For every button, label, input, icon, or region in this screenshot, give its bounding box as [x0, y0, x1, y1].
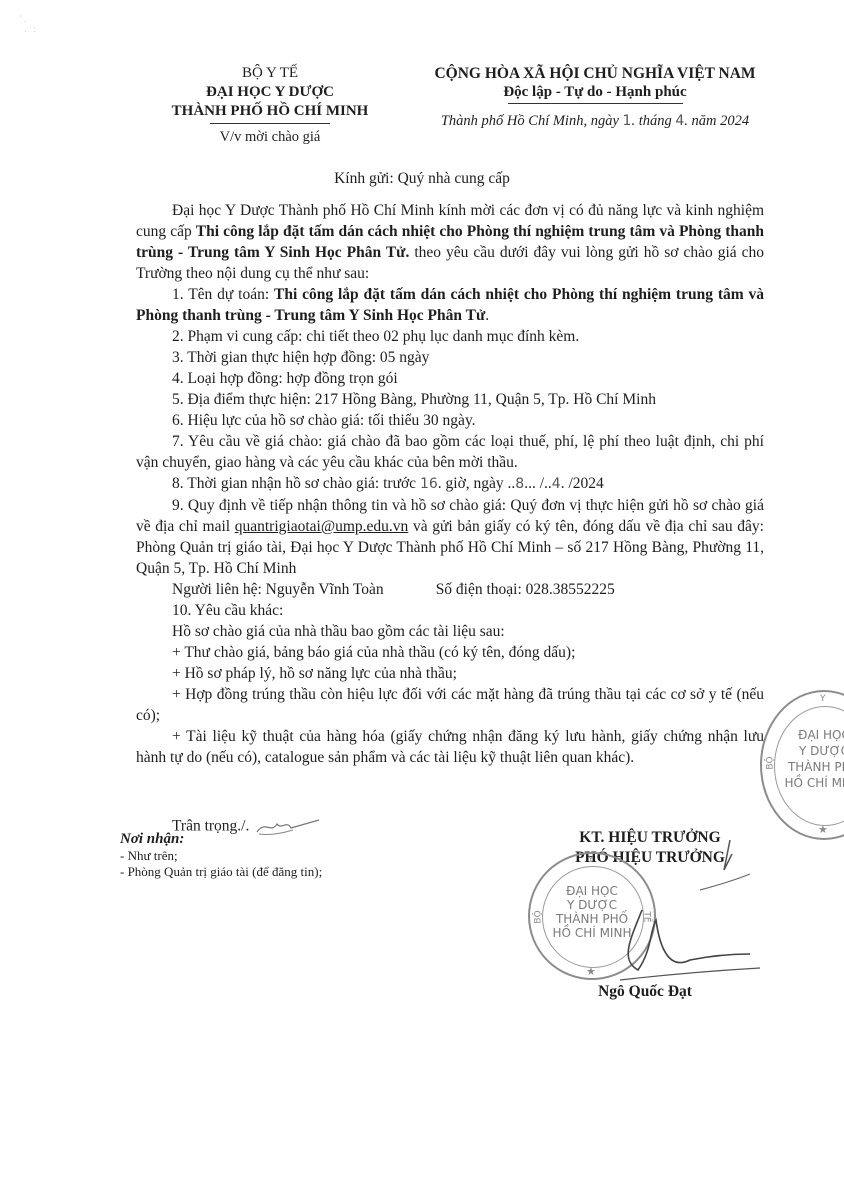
recipients-title: Nơi nhận:	[120, 830, 322, 848]
item-10-b: + Hồ sơ pháp lý, hồ sơ năng lực của nhà …	[136, 663, 764, 684]
contact-person: Người liên hệ: Nguyễn Vĩnh Toàn	[172, 581, 384, 598]
item-6: 6. Hiệu lực của hồ sơ chào giá: tối thiể…	[136, 410, 764, 431]
signature-scribble-icon	[580, 830, 760, 990]
issuer-header: BỘ Y TẾ ĐẠI HỌC Y DƯỢC THÀNH PHỐ HỒ CHÍ …	[145, 64, 395, 147]
item-10-c: + Hợp đồng trúng thầu còn hiệu lực đối v…	[136, 684, 764, 726]
item-10-a: + Thư chào giá, bảng báo giá của nhà thầ…	[136, 642, 764, 663]
margin-stamp-line: ĐẠI HỌC	[762, 728, 844, 742]
contact-email-link[interactable]: quantrigiaotai@ump.edu.vn	[235, 518, 409, 535]
handwritten-deadline-month: 4	[552, 476, 561, 492]
item-4: 4. Loại hợp đồng: hợp đồng trọn gói	[136, 368, 764, 389]
item-2: 2. Phạm vi cung cấp: chi tiết theo 02 ph…	[136, 326, 764, 347]
national-header: CỘNG HÒA XÃ HỘI CHỦ NGHĨA VIỆT NAM Độc l…	[410, 64, 780, 130]
date-prefix: Thành phố Hồ Chí Minh, ngày	[441, 113, 623, 129]
item-10: 10. Yêu cầu khác:	[136, 600, 764, 621]
stamp-left-mark: BỘ	[534, 910, 544, 923]
contact-row: Người liên hệ: Nguyễn Vĩnh ToànSố điện t…	[136, 579, 764, 600]
handwritten-month: 4	[675, 113, 684, 129]
item-5: 5. Địa điểm thực hiện: 217 Hồng Bàng, Ph…	[136, 389, 764, 410]
document-subject: V/v mời chào giá	[145, 128, 395, 147]
item-1: 1. Tên dự toán: Thi công lắp đặt tấm dán…	[136, 284, 764, 326]
university-name-line1: ĐẠI HỌC Y DƯỢC	[145, 83, 395, 102]
item-3: 3. Thời gian thực hiện hợp đồng: 05 ngày	[136, 347, 764, 368]
item-7: 7. Yêu cầu về giá chào: giá chào đã bao …	[136, 431, 764, 473]
national-title: CỘNG HÒA XÃ HỘI CHỦ NGHĨA VIỆT NAM	[410, 64, 780, 83]
document-body: Đại học Y Dược Thành phố Hồ Chí Minh kín…	[136, 200, 764, 768]
margin-stamp-top-mark: Y	[820, 694, 826, 704]
item-8-suffix: . /2024	[561, 475, 604, 492]
star-icon: ★	[818, 823, 828, 836]
item-8: 8. Thời gian nhận hồ sơ chào giá: trước …	[136, 473, 764, 495]
ministry-name: BỘ Y TẾ	[145, 64, 395, 83]
margin-stamp: ĐẠI HỌC Y DƯỢC THÀNH PHỐ HỒ CHÍ MINH BỘ …	[760, 690, 844, 840]
document-date: Thành phố Hồ Chí Minh, ngày 1. tháng 4. …	[410, 113, 780, 130]
recipient-item: - Phòng Quản trị giáo tài (để đăng tin);	[120, 864, 322, 880]
handwritten-deadline-day: 8	[515, 476, 524, 492]
item-8-mid1: . giờ, ngày ..	[438, 475, 516, 492]
salutation: Kính gửi: Quý nhà cung cấp	[0, 170, 844, 188]
item-1-end: .	[485, 307, 489, 324]
handwritten-hour: 16	[420, 476, 438, 492]
date-suffix: . năm 2024	[684, 113, 749, 129]
margin-stamp-line: HỒ CHÍ MINH	[762, 776, 844, 790]
scan-artifact: ' . . :	[20, 14, 80, 44]
motto-underline	[508, 103, 683, 104]
recipient-item: - Như trên;	[120, 848, 322, 864]
university-name-line2: THÀNH PHỐ HỒ CHÍ MINH	[145, 102, 395, 121]
item-10-intro: Hồ sơ chào giá của nhà thầu bao gồm các …	[136, 621, 764, 642]
recipients-block: Nơi nhận: - Như trên; - Phòng Quản trị g…	[120, 830, 322, 880]
item-8-mid2: ... /..	[524, 475, 552, 492]
item-1-label: 1. Tên dự toán:	[172, 286, 274, 303]
contact-phone: Số điện thoại: 028.38552225	[436, 581, 615, 598]
header-divider	[210, 123, 330, 124]
margin-stamp-left-mark: BỘ	[766, 756, 776, 769]
national-motto: Độc lập - Tự do - Hạnh phúc	[410, 83, 780, 102]
signatory-name: Ngô Quốc Đạt	[560, 983, 730, 1001]
intro-paragraph: Đại học Y Dược Thành phố Hồ Chí Minh kín…	[136, 200, 764, 284]
item-9: 9. Quy định về tiếp nhận thông tin và hồ…	[136, 495, 764, 579]
item-8-prefix: 8. Thời gian nhận hồ sơ chào giá: trước	[172, 475, 420, 492]
date-mid: . tháng	[631, 113, 675, 129]
item-10-d: + Tài liệu kỹ thuật của hàng hóa (giấy c…	[136, 726, 764, 768]
